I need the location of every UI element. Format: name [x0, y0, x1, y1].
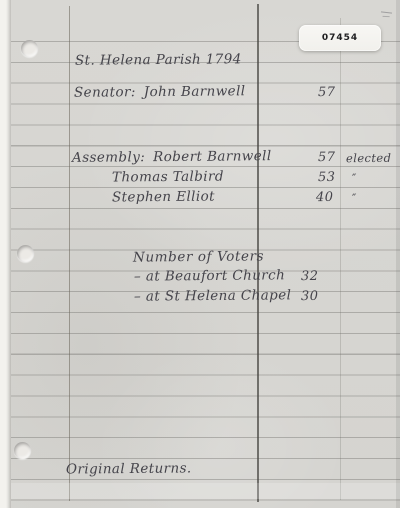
assembly-office-label: Assembly: — [72, 149, 145, 166]
right-column-line — [340, 18, 341, 500]
senator-votes: 57 — [318, 85, 335, 100]
pencil-mark — [381, 11, 392, 13]
voters-entry-1: – at Beaufort Church — [134, 267, 285, 284]
assembly-ditto-2: ″ — [352, 171, 357, 185]
assembly-votes-2: 53 — [318, 170, 335, 185]
assembly-member-name: Stephen Elliot — [112, 189, 215, 206]
notebook-paper: 07454 St. Helena Parish 1794 Senator:Joh… — [0, 0, 400, 508]
voters-entry-2: – at St Helena Chapel — [134, 287, 291, 304]
punch-hole-middle — [17, 245, 34, 262]
punch-hole-bottom — [14, 442, 31, 459]
source-note: Original Returns. — [66, 460, 192, 477]
scan-edge-right — [396, 0, 400, 508]
punch-hole-top — [21, 40, 38, 57]
voters-heading: Number of Voters — [133, 248, 264, 265]
scan-edge-left — [0, 0, 11, 508]
voters-count-2: 30 — [301, 289, 318, 304]
margin-line — [69, 6, 70, 501]
voters-count-1: 32 — [301, 269, 318, 284]
scan-artifact-band — [11, 483, 400, 499]
catalog-number: 07454 — [322, 33, 358, 43]
assembly-votes-1: 57 — [318, 150, 335, 165]
assembly-line-1: Assembly:Robert Barnwell — [72, 148, 272, 166]
senator-line: Senator:John Barnwell — [74, 83, 246, 100]
senator-name: John Barnwell — [144, 83, 246, 100]
senator-office-label: Senator: — [74, 84, 136, 101]
catalog-label: 07454 — [299, 25, 381, 51]
assembly-member-name: Robert Barnwell — [153, 148, 272, 165]
assembly-note-1: elected — [346, 151, 391, 165]
assembly-ditto-3: ″ — [352, 191, 357, 205]
assembly-line-3: Stephen Elliot — [112, 189, 215, 206]
scanned-page: 07454 St. Helena Parish 1794 Senator:Joh… — [0, 0, 400, 508]
assembly-member-name: Thomas Talbird — [112, 169, 224, 186]
page-title: St. Helena Parish 1794 — [75, 51, 242, 68]
assembly-votes-3: 40 — [316, 190, 333, 205]
assembly-line-2: Thomas Talbird — [112, 169, 224, 186]
